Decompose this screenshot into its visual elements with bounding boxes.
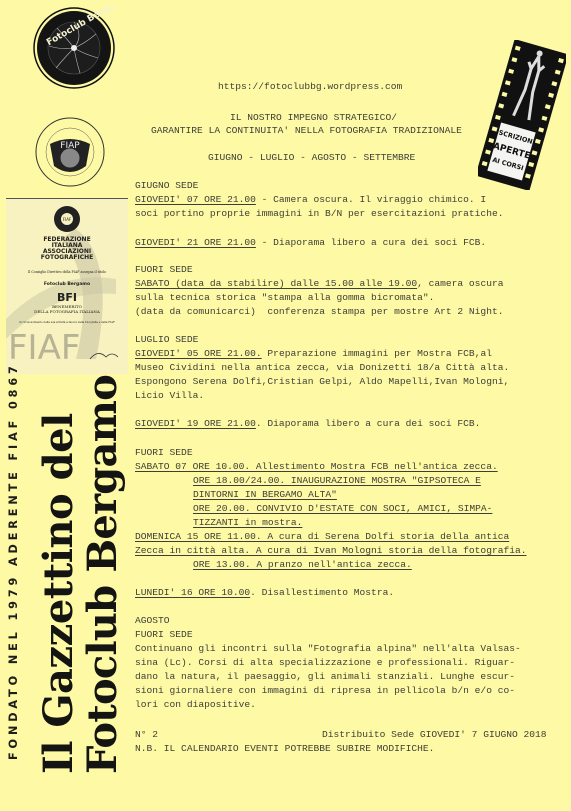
- section-giugno-sede: GIUGNO SEDE: [135, 179, 198, 192]
- disclaimer-note: N.B. IL CALENDARIO EVENTI POTREBBE SUBIR…: [135, 742, 434, 755]
- agosto-text-line: sioni giornaliere con immagini di ripres…: [135, 684, 515, 697]
- event-text-line: soci portino proprie immagini in B/N per…: [135, 207, 503, 220]
- event-domenica-15: DOMENICA 15 ORE 11.00. A cura di Serena …: [135, 530, 509, 543]
- event-text-line: Museo Cividini nella antica zecca, via D…: [135, 361, 509, 374]
- event-date: GIOVEDI' 07 ORE 21.00: [135, 194, 256, 205]
- svg-text:Il Consiglio Direttivo della F: Il Consiglio Direttivo della FIAF assegn…: [28, 270, 106, 274]
- section-agosto: AGOSTO: [135, 614, 170, 627]
- courses-open-promo: ISCRIZIONI APERTE AI CORSI: [478, 40, 566, 190]
- event-date: SABATO (data da stabilire) dalle 15.00 a…: [135, 278, 417, 289]
- mission-line-1: IL NOSTRO IMPEGNO STRATEGICO/: [230, 111, 397, 124]
- event-sabato-07: SABATO 07 ORE 10.00. Allestimento Mostra…: [135, 460, 498, 473]
- event-date: GIOVEDI' 05 ORE 21.00.: [135, 348, 262, 359]
- founded-tagline: FONDATO NEL 1979 ADERENTE FIAF 0867: [7, 362, 20, 760]
- event-text: Preparazione immagini per Mostra FCB,al: [262, 348, 492, 359]
- event-text-line: TIZZANTI in mostra.: [193, 516, 302, 529]
- event-date: LUNEDI' 16 ORE 10.00: [135, 587, 250, 598]
- newsletter-title-line2: Fotoclub Bergamo: [83, 375, 123, 774]
- distribution-date: Distribuito Sede GIOVEDI' 7 GIUGNO 2018: [322, 728, 547, 741]
- event-text: . Diaporama libero a cura dei soci FCB.: [256, 418, 481, 429]
- months-heading: GIUGNO - LUGLIO - AGOSTO - SETTEMBRE: [208, 151, 415, 164]
- event-text: - Camera oscura. Il viraggio chimico. I: [256, 194, 486, 205]
- event-text-line: Licio Villa.: [135, 389, 204, 402]
- section-fuori-sede: FUORI SEDE: [135, 263, 193, 276]
- fiaf-bfi-certificate: FIAF FEDERAZIONE ITALIANA ASSOCIAZIONI F…: [6, 198, 128, 374]
- mission-line-2: GARANTIRE LA CONTINUITA' NELLA FOTOGRAFI…: [151, 124, 462, 137]
- website-link[interactable]: https://fotoclubbg.wordpress.com: [218, 80, 402, 93]
- svg-text:BFI: BFI: [57, 291, 77, 304]
- event-text-line: Espongono Serena Dolfi,Cristian Gelpi, A…: [135, 375, 509, 388]
- agosto-text-line: lori con diapositive.: [135, 698, 256, 711]
- event-inaugurazione: ORE 18.00/24.00. INAUGURAZIONE MOSTRA "G…: [193, 474, 481, 487]
- event-text: . Disallestimento Mostra.: [250, 587, 394, 598]
- section-fuori-sede: FUORI SEDE: [135, 446, 193, 459]
- newsletter-title-line1: Il Gazzettino del: [39, 413, 79, 774]
- event-pranzo: ORE 13.00. A pranzo nell'antica zecca.: [193, 558, 412, 571]
- event-text-line: Zecca in città alta. A cura di Ivan Molo…: [135, 544, 527, 557]
- event-luglio-05: GIOVEDI' 05 ORE 21.00. Preparazione imma…: [135, 347, 492, 360]
- event-giugno-07: GIOVEDI' 07 ORE 21.00 - Camera oscura. I…: [135, 193, 486, 206]
- event-text: , camera oscura: [417, 278, 503, 289]
- svg-text:FOTOGRAFICHE: FOTOGRAFICHE: [41, 254, 93, 261]
- svg-text:FIAP: FIAP: [60, 141, 80, 151]
- svg-text:FIAF: FIAF: [63, 217, 72, 222]
- event-text-line: DINTORNI IN BERGAMO ALTA": [193, 488, 337, 501]
- event-lunedi-16: LUNEDI' 16 ORE 10.00. Disallestimento Mo…: [135, 586, 394, 599]
- event-sabato-camera-oscura: SABATO (data da stabilire) dalle 15.00 a…: [135, 277, 503, 290]
- svg-text:in riconoscimento della sua at: in riconoscimento della sua attività a f…: [19, 320, 115, 324]
- agosto-text-line: sina (Lc). Corsi di alta specializzazion…: [135, 656, 515, 669]
- event-convivio: ORE 20.00. CONVIVIO D'ESTATE CON SOCI, A…: [193, 502, 492, 515]
- agosto-text-line: Continuano gli incontri sulla "Fotografi…: [135, 642, 521, 655]
- event-text: - Diaporama libero a cura dei soci FCB.: [256, 237, 486, 248]
- section-fuori-sede: FUORI SEDE: [135, 628, 193, 641]
- svg-text:DELLA FOTOGRAFIA ITALIANA: DELLA FOTOGRAFIA ITALIANA: [34, 309, 100, 314]
- event-luglio-19: GIOVEDI' 19 ORE 21.00. Diaporama libero …: [135, 417, 480, 430]
- issue-number: N° 2: [135, 728, 158, 741]
- fotoclub-bergamo-logo: Fotoclub Bergamo: [24, 6, 124, 90]
- event-text-line: (data da comunicarci) conferenza stampa …: [135, 305, 503, 318]
- agosto-text-line: dano la natura, il paesaggio, gli animal…: [135, 670, 515, 683]
- svg-text:Fotoclub Bergamo: Fotoclub Bergamo: [44, 281, 90, 287]
- event-giugno-21: GIOVEDI' 21 ORE 21.00 - Diaporama libero…: [135, 236, 486, 249]
- event-date: GIOVEDI' 21 ORE 21.00: [135, 237, 256, 248]
- event-date: GIOVEDI' 19 ORE 21.00: [135, 418, 256, 429]
- event-text-line: sulla tecnica storica "stampa alla gomma…: [135, 291, 434, 304]
- section-luglio-sede: LUGLIO SEDE: [135, 333, 198, 346]
- fiap-logo: FIAP: [34, 116, 106, 188]
